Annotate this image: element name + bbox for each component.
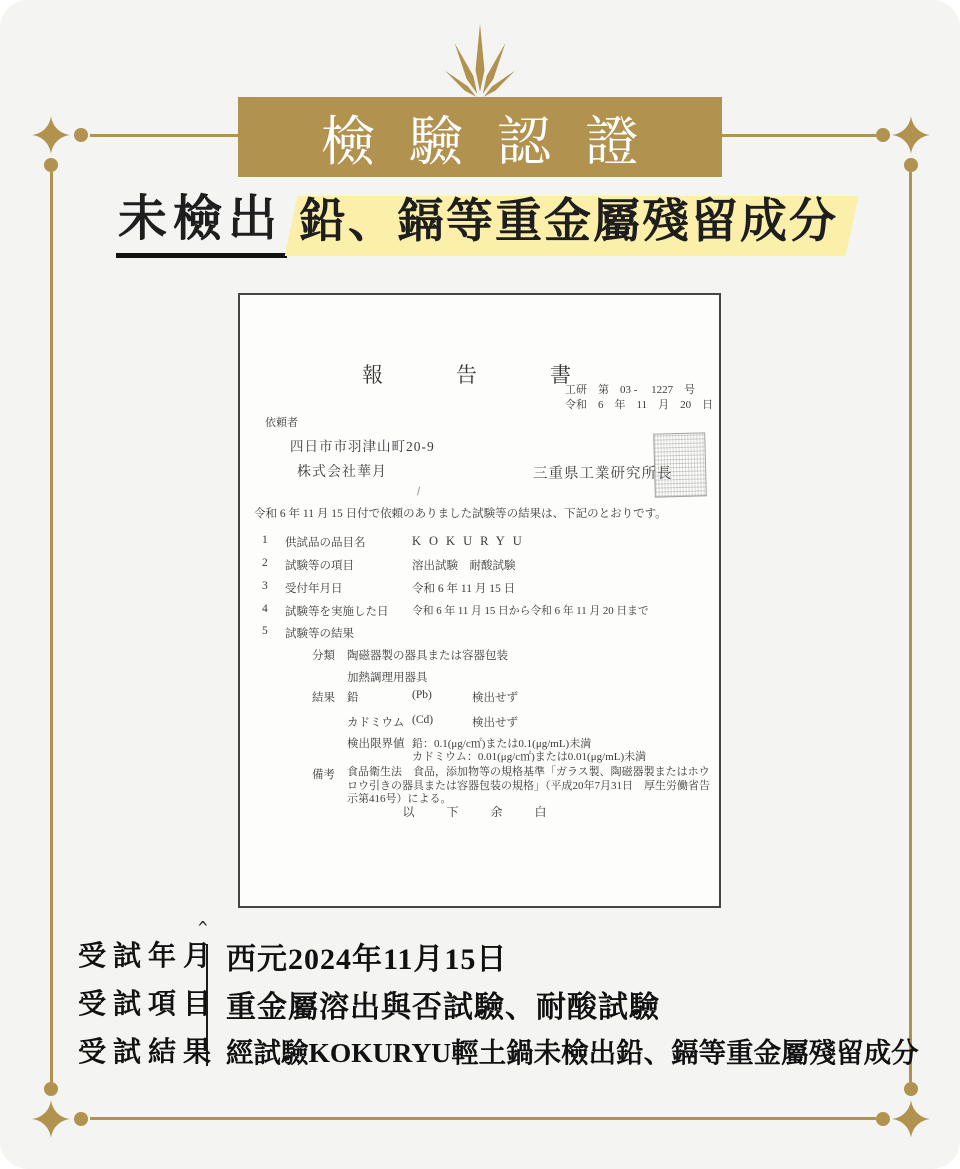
frame-line-top-left [90,134,238,137]
frame-dot [876,128,890,142]
result-name: カドミウム [347,714,404,730]
certification-card: 檢驗認證 未檢出 鉛、鎘等重金屬殘留成分 報 告 書 工研 第 03 - 122… [0,0,960,1169]
summary-label: 受試年月 [78,934,206,974]
test-report-scan: 報 告 書 工研 第 03 - 1227 号 令和 6 年 11 月 20 日 … [238,293,721,908]
frame-line-left [50,172,53,1082]
report-date: 令和 6 年 11 月 20 日 [565,398,713,413]
headline: 未檢出 鉛、鎘等重金屬殘留成分 [0,192,960,258]
summary-value: 西元2024年11月15日 [226,934,507,978]
sparkle-icon [32,116,70,154]
item-label: 供試品の品目名 [285,534,366,550]
result-value: 検出せず [472,714,518,730]
item-value: 令和 6 年 11 月 15 日 [412,580,515,596]
summary-value: 經試驗KOKURYU輕土鍋未檢出鉛、鎘等重金屬殘留成分 [226,1030,919,1070]
frame-dot [904,158,918,172]
item-label: 試験等を実施した日 [285,603,389,619]
report-number-block: 工研 第 03 - 1227 号 令和 6 年 11 月 20 日 [565,383,713,413]
item-value: 令和 6 年 11 月 15 日から令和 6 年 11 月 20 日まで [412,603,649,618]
result-label: 結果 [312,689,335,705]
frame-line-bottom [90,1117,876,1120]
requester-address: 四日市市羽津山町20-9 [290,435,435,455]
report-number: 工研 第 03 - 1227 号 [565,383,713,398]
frame-dot [44,158,58,172]
sparkle-icon [892,116,930,154]
item-no: 3 [262,580,276,592]
headline-highlighted-text: 鉛、鎘等重金屬殘留成分 [295,192,844,256]
frame-line-right [909,172,912,1082]
section-title-banner: 檢驗認證 [238,97,722,177]
summary-label: 受試結果 [78,1030,206,1070]
requester-label: 依頼者 [265,414,298,430]
frame-dot [44,1082,58,1096]
item-label: 試験等の結果 [285,625,354,641]
scan-artifact [417,487,424,497]
item-no: 1 [262,534,276,546]
frame-dot [74,128,88,142]
section-title: 檢驗認證 [287,99,673,176]
note-label: 備考 [312,766,335,782]
headline-underlined-text: 未檢出 [116,192,287,258]
sparkle-icon [32,1100,70,1138]
class-value: 加熱調理用器具 [347,669,428,685]
issuer-name: 三重県工業研究所長 [533,462,673,483]
result-value: 検出せず [472,689,518,705]
result-symbol: (Pb) [412,689,432,701]
item-value: KOKURYU [412,534,530,549]
requester-name: 株式会社華月 [297,461,387,481]
item-no: 5 [262,625,276,637]
official-seal-stamp [653,432,707,497]
item-no: 2 [262,557,276,569]
summary-row: 受試項目 重金屬溶出與否試驗、耐酸試驗 [78,982,660,1026]
class-value: 陶磁器製の器具または容器包装 [347,647,508,663]
item-label: 試験等の項目 [285,557,354,573]
item-no: 4 [262,603,276,615]
limit-line: カドミウム：0.01(μg/c㎡)または0.01(μg/mL)未満 [412,748,646,764]
result-symbol: (Cd) [412,714,433,726]
summary-row: 受試結果 經試驗KOKURYU輕土鍋未檢出鉛、鎘等重金屬殘留成分 [78,1030,919,1070]
result-name: 鉛 [347,689,359,705]
class-label: 分類 [312,647,335,663]
summary-value: 重金屬溶出與否試驗、耐酸試驗 [226,982,660,1026]
frame-dot [876,1112,890,1126]
limit-label: 検出限界値 [347,735,405,751]
sunburst-icon [405,20,555,100]
report-intro: 令和 6 年 11 月 15 日付で依頼のありました試験等の結果は、下記のとおり… [254,505,667,521]
end-of-report-mark: 以 下 余 白 [240,803,719,820]
note-text: 食品衛生法 食品，添加物等の規格基準「ガラス製、陶磁器製またはホウロウ引きの器具… [347,766,715,807]
frame-line-top-right [722,134,876,137]
frame-dot [74,1112,88,1126]
item-value: 溶出試験 耐酸試験 [412,557,516,573]
summary-row: 受試年月 西元2024年11月15日 [78,934,507,978]
frame-dot [904,1082,918,1096]
sparkle-icon [892,1100,930,1138]
summary-label: 受試項目 [78,982,206,1022]
item-label: 受付年月日 [285,580,343,596]
